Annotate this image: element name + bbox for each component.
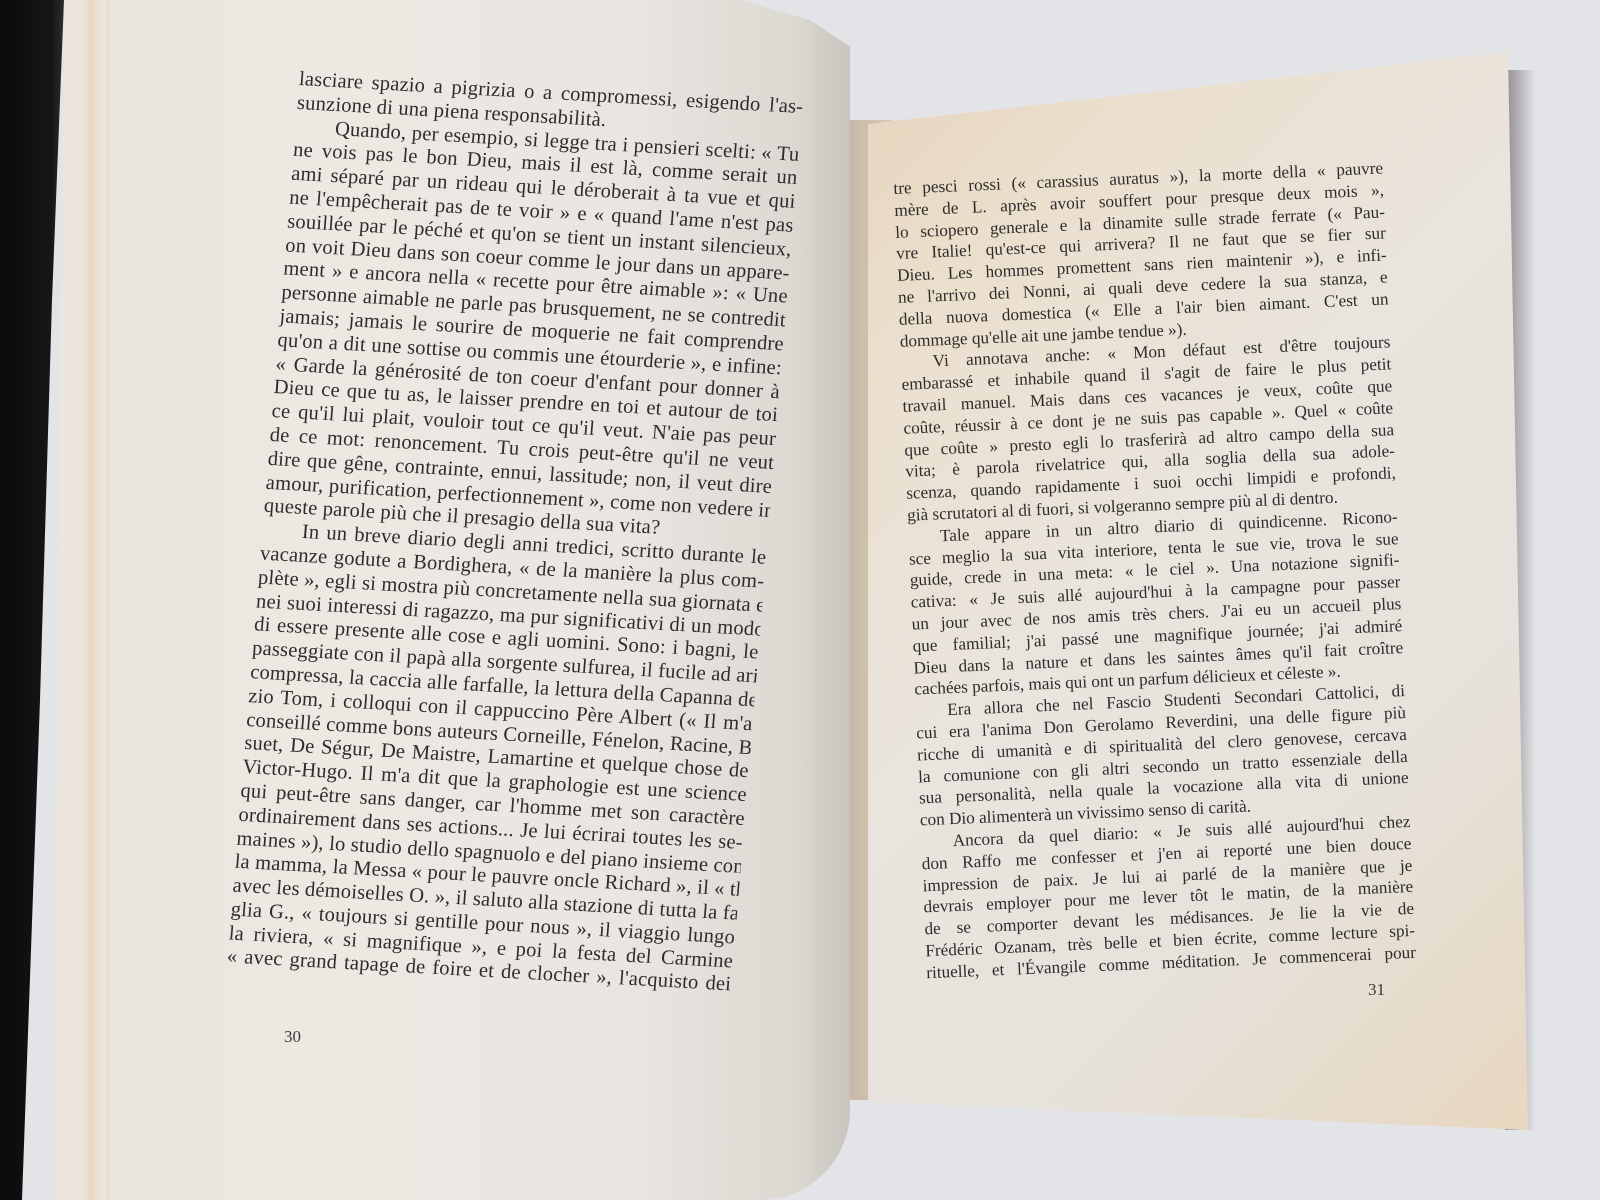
left-page-body-text: lasciare spazio a pigrizia o a compromes… xyxy=(226,68,804,998)
right-page-body-text: tre pesci rossi (« carassius auratus »),… xyxy=(893,157,1416,983)
right-page-number: 31 xyxy=(1368,980,1385,1000)
left-page-number: 30 xyxy=(284,1027,301,1047)
